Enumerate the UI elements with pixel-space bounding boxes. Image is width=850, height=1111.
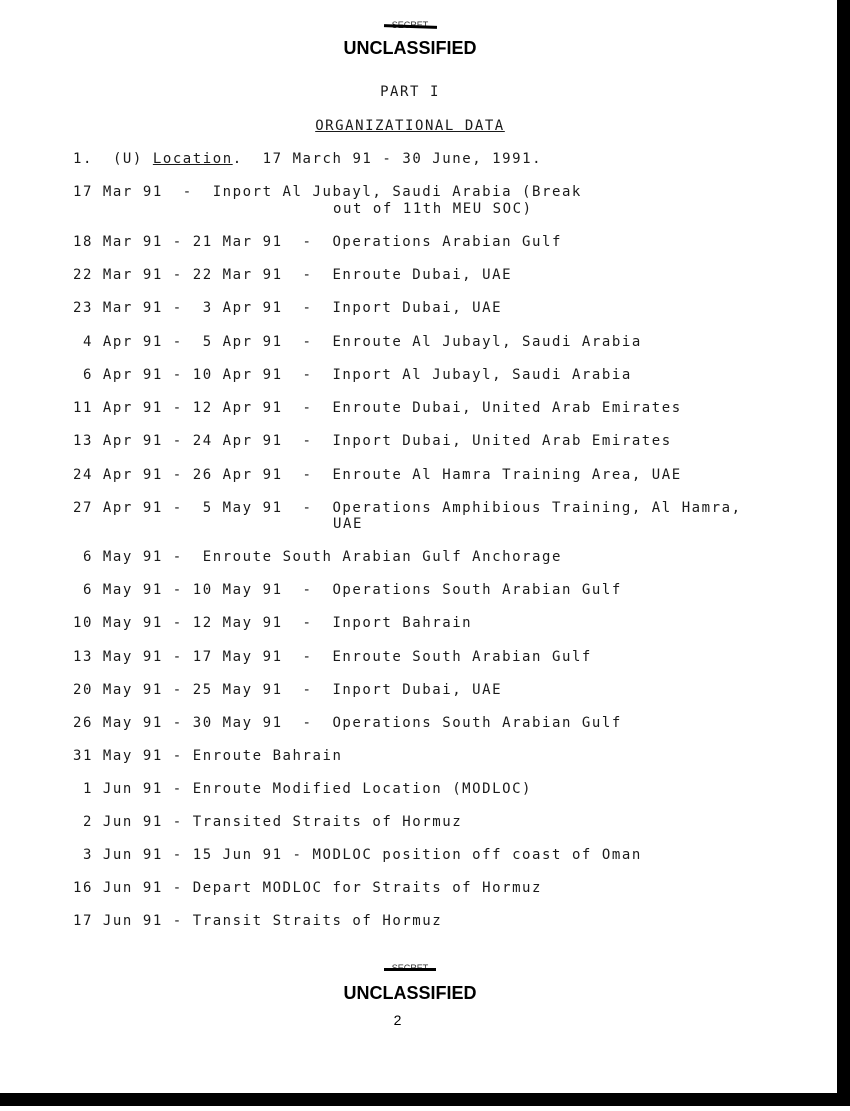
- timeline-entry: 1 Jun 91 - Enroute Modified Location (MO…: [73, 781, 532, 797]
- timeline-entry: 3 Jun 91 - 15 Jun 91 - MODLOC position o…: [73, 847, 642, 863]
- classification-footer: UNCLASSIFIED: [0, 983, 820, 1004]
- timeline-entry: 24 Apr 91 - 26 Apr 91 - Enroute Al Hamra…: [73, 467, 682, 483]
- timeline-entry: 26 May 91 - 30 May 91 - Operations South…: [73, 715, 622, 731]
- scan-border-bottom: [0, 1093, 850, 1106]
- section-title: ORGANIZATIONAL DATA: [0, 118, 820, 134]
- item-location-heading: 1. (U) Location. 17 March 91 - 30 June, …: [73, 151, 542, 167]
- timeline-entry: 6 May 91 - Enroute South Arabian Gulf An…: [73, 549, 562, 565]
- timeline-entry: 16 Jun 91 - Depart MODLOC for Straits of…: [73, 880, 542, 896]
- classification-header: UNCLASSIFIED: [0, 38, 820, 59]
- struck-secret-marking-top: SECRET: [0, 20, 820, 30]
- timeline-entry: 4 Apr 91 - 5 Apr 91 - Enroute Al Jubayl,…: [73, 334, 642, 350]
- document-page: SECRET UNCLASSIFIED PART I ORGANIZATIONA…: [0, 0, 837, 1093]
- timeline-entry: 17 Jun 91 - Transit Straits of Hormuz: [73, 913, 442, 929]
- timeline-entry: 18 Mar 91 - 21 Mar 91 - Operations Arabi…: [73, 234, 562, 250]
- timeline-entry: 10 May 91 - 12 May 91 - Inport Bahrain: [73, 615, 472, 631]
- timeline-entry: 2 Jun 91 - Transited Straits of Hormuz: [73, 814, 462, 830]
- timeline-entry: 20 May 91 - 25 May 91 - Inport Dubai, UA…: [73, 682, 502, 698]
- timeline-entry: 22 Mar 91 - 22 Mar 91 - Enroute Dubai, U…: [73, 267, 512, 283]
- timeline-entry-continuation: out of 11th MEU SOC): [333, 201, 533, 217]
- page-number: 2: [0, 1012, 795, 1028]
- timeline-entry: 6 May 91 - 10 May 91 - Operations South …: [73, 582, 622, 598]
- timeline-entry: 31 May 91 - Enroute Bahrain: [73, 748, 342, 764]
- location-label: Location: [153, 151, 233, 167]
- timeline-entry: 11 Apr 91 - 12 Apr 91 - Enroute Dubai, U…: [73, 400, 682, 416]
- timeline-entry: 17 Mar 91 - Inport Al Jubayl, Saudi Arab…: [73, 184, 582, 200]
- timeline-entry: 23 Mar 91 - 3 Apr 91 - Inport Dubai, UAE: [73, 300, 502, 316]
- scan-border-right: [837, 0, 850, 1106]
- timeline-entry: 27 Apr 91 - 5 May 91 - Operations Amphib…: [73, 500, 742, 516]
- timeline-entry: 6 Apr 91 - 10 Apr 91 - Inport Al Jubayl,…: [73, 367, 632, 383]
- struck-secret-marking-bottom: SECRET: [0, 963, 820, 973]
- timeline-entry: 13 May 91 - 17 May 91 - Enroute South Ar…: [73, 649, 592, 665]
- timeline-entry: 13 Apr 91 - 24 Apr 91 - Inport Dubai, Un…: [73, 433, 672, 449]
- timeline-entry-continuation: UAE: [333, 516, 363, 532]
- part-heading: PART I: [0, 84, 820, 100]
